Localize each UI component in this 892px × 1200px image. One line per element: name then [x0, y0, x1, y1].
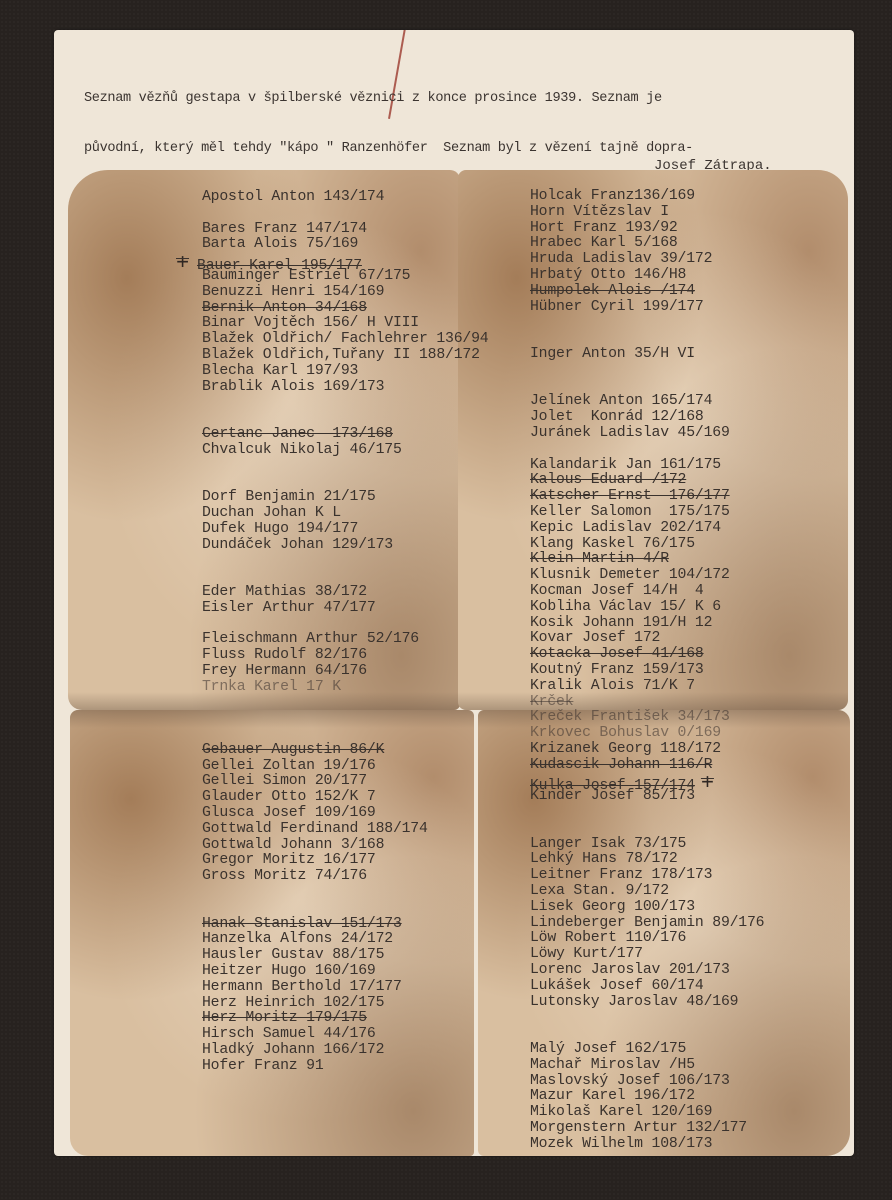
list-item: Lehký Hans 78/172 [530, 852, 764, 868]
list-item: Bauminger Estriel 67/175 [202, 269, 488, 285]
list-item: Malý Josef 162/175 [530, 1042, 764, 1058]
list-item: Hladký Johann 166/172 [202, 1043, 488, 1059]
list-gap [530, 1026, 764, 1042]
list-item: Kocman Josef 14/H 4 [530, 584, 764, 600]
prisoner-list-right: Holcak Franz136/169Horn Vítězslav IHort … [530, 189, 764, 1153]
list-item: Kreček František 34/173 [530, 710, 764, 726]
list-item: Morgenstern Artur 132/177 [530, 1121, 764, 1137]
list-item: Kulka Josef 157/174+ [530, 773, 764, 789]
list-item: Eder Mathias 38/172 [202, 585, 488, 601]
list-item: Fleischmann Arthur 52/176 [202, 632, 488, 648]
list-item: Lindeberger Benjamin 89/176 [530, 916, 764, 932]
list-gap [202, 569, 488, 585]
cross-mark-icon: + [176, 251, 189, 276]
prisoner-list-left: Apostol Anton 143/174Bares Franz 147/174… [202, 190, 488, 1075]
list-item: Blecha Karl 197/93 [202, 364, 488, 380]
list-item: Krizanek Georg 118/172 [530, 742, 764, 758]
list-item: Barta Alois 75/169 [202, 237, 488, 253]
list-item: Hrabec Karl 5/168 [530, 236, 764, 252]
list-item: Maslovský Josef 106/173 [530, 1074, 764, 1090]
header-line: původní, který měl tehdy "kápo " Ranzenh… [84, 141, 824, 158]
list-gap [202, 459, 488, 475]
list-item: Bares Franz 147/174 [202, 222, 488, 238]
list-item: Dorf Benjamin 21/175 [202, 490, 488, 506]
list-item: Holcak Franz136/169 [530, 189, 764, 205]
list-item: Koutný Franz 159/173 [530, 663, 764, 679]
list-item: Lexa Stan. 9/172 [530, 884, 764, 900]
list-item: Eisler Arthur 47/177 [202, 601, 488, 617]
list-item: Inger Anton 35/H VI [530, 347, 764, 363]
list-item: Hruda Ladislav 39/172 [530, 252, 764, 268]
list-item: Lutonsky Jaroslav 48/169 [530, 995, 764, 1011]
list-item: Krkovec Bohuslav 0/169 [530, 726, 764, 742]
list-item: Herz Heinrich 102/175 [202, 996, 488, 1012]
list-item: Hanak Stanislav 151/173 [202, 917, 488, 933]
list-gap [530, 331, 764, 347]
list-item: Kotacka Josef 41/168 [530, 647, 764, 663]
list-item: Leitner Franz 178/173 [530, 868, 764, 884]
list-item: Chvalcuk Nikolaj 46/175 [202, 443, 488, 459]
list-gap [530, 315, 764, 331]
list-gap [530, 442, 764, 458]
list-item: Duchan Johan K L [202, 506, 488, 522]
list-item: Jolet Konrád 12/168 [530, 410, 764, 426]
list-item: Krček [530, 695, 764, 711]
list-gap [202, 711, 488, 727]
list-gap [202, 474, 488, 490]
list-item: Löwy Kurt/177 [530, 947, 764, 963]
cross-mark-icon: + [701, 771, 714, 796]
list-item: Gottwald Ferdinand 188/174 [202, 822, 488, 838]
list-item: Blažek Oldřich/ Fachlehrer 136/94 [202, 332, 488, 348]
list-item: Klang Kaskel 76/175 [530, 537, 764, 553]
list-item: Hofer Franz 91 [202, 1059, 488, 1075]
list-item: Jelínek Anton 165/174 [530, 394, 764, 410]
list-item: Gross Moritz 74/176 [202, 869, 488, 885]
list-item: Löw Robert 110/176 [530, 931, 764, 947]
list-gap [530, 1010, 764, 1026]
list-gap [530, 805, 764, 821]
list-item: Hrbatý Otto 146/H8 [530, 268, 764, 284]
list-item: Blažek Oldřich,Tuřany II 188/172 [202, 348, 488, 364]
list-gap [202, 395, 488, 411]
list-item: Fluss Rudolf 82/176 [202, 648, 488, 664]
list-item: Keller Salomon 175/175 [530, 505, 764, 521]
list-item: Kalous Eduard /172 [530, 473, 764, 489]
list-item: Humpolek Alois /174 [530, 284, 764, 300]
list-item: Lukášek Josef 60/174 [530, 979, 764, 995]
list-item: Mikolaš Karel 120/169 [530, 1105, 764, 1121]
list-item: Kovar Josef 172 [530, 631, 764, 647]
list-item: +Bauer Karel 195/177 [202, 253, 488, 269]
list-item: Hermann Berthold 17/177 [202, 980, 488, 996]
list-item: Bernik Anton 34/168 [202, 301, 488, 317]
list-item: Katscher Ernst 176/177 [530, 489, 764, 505]
list-gap [530, 821, 764, 837]
list-item: Glusca Josef 109/169 [202, 806, 488, 822]
list-item: Heitzer Hugo 160/169 [202, 964, 488, 980]
list-gap [202, 617, 488, 633]
list-gap [202, 206, 488, 222]
list-item: Kosik Johann 191/H 12 [530, 616, 764, 632]
list-item: Horn Vítězslav I [530, 205, 764, 221]
list-item: Binar Vojtěch 156/ H VIII [202, 316, 488, 332]
list-gap [530, 379, 764, 395]
list-item: Klein Martin 4/R [530, 552, 764, 568]
list-item: Hausler Gustav 88/175 [202, 948, 488, 964]
list-item: Lorenc Jaroslav 201/173 [530, 963, 764, 979]
list-item: Lisek Georg 100/173 [530, 900, 764, 916]
list-item: Herz Moritz 179/175 [202, 1011, 488, 1027]
list-item: Langer Isak 73/175 [530, 837, 764, 853]
list-item: Gellei Zoltan 19/176 [202, 759, 488, 775]
list-item: Hübner Cyril 199/177 [530, 300, 764, 316]
list-item: Gottwald Johann 3/168 [202, 838, 488, 854]
list-item: Dundáček Johan 129/173 [202, 538, 488, 554]
list-item: Kinder Josef 85/173 [530, 789, 764, 805]
list-item: Juránek Ladislav 45/169 [530, 426, 764, 442]
list-item: Kepic Ladislav 202/174 [530, 521, 764, 537]
list-item: Hanzelka Alfons 24/172 [202, 932, 488, 948]
list-item: Gebauer Augustin 86/K [202, 743, 488, 759]
list-item: Glauder Otto 152/K 7 [202, 790, 488, 806]
list-item: Kralik Alois 71/K 7 [530, 679, 764, 695]
list-item: Hort Franz 193/92 [530, 221, 764, 237]
list-item: Dufek Hugo 194/177 [202, 522, 488, 538]
list-gap [202, 411, 488, 427]
list-item: Kobliha Václav 15/ K 6 [530, 600, 764, 616]
list-gap [530, 363, 764, 379]
list-item: Certanc Janec 173/168 [202, 427, 488, 443]
list-gap [202, 553, 488, 569]
list-item: Gregor Moritz 16/177 [202, 853, 488, 869]
list-gap [202, 901, 488, 917]
list-item: Machař Miroslav /H5 [530, 1058, 764, 1074]
header-line: Seznam vězňů gestapa v špilberské věznic… [84, 91, 824, 108]
list-item: Frey Hermann 64/176 [202, 664, 488, 680]
list-item: Brablik Alois 169/173 [202, 380, 488, 396]
list-item: Trnka Karel 17 K [202, 680, 488, 696]
list-item: Hirsch Samuel 44/176 [202, 1027, 488, 1043]
list-item: Kudascik Johann 116/R [530, 758, 764, 774]
list-item: Apostol Anton 143/174 [202, 190, 488, 206]
list-item: Klusnik Demeter 104/172 [530, 568, 764, 584]
list-gap [202, 885, 488, 901]
list-item: Mazur Karel 196/172 [530, 1089, 764, 1105]
list-item: Mozek Wilhelm 108/173 [530, 1137, 764, 1153]
list-item: Benuzzi Henri 154/169 [202, 285, 488, 301]
list-gap [202, 727, 488, 743]
list-item: Gellei Simon 20/177 [202, 774, 488, 790]
list-gap [202, 696, 488, 712]
list-item: Kalandarik Jan 161/175 [530, 458, 764, 474]
